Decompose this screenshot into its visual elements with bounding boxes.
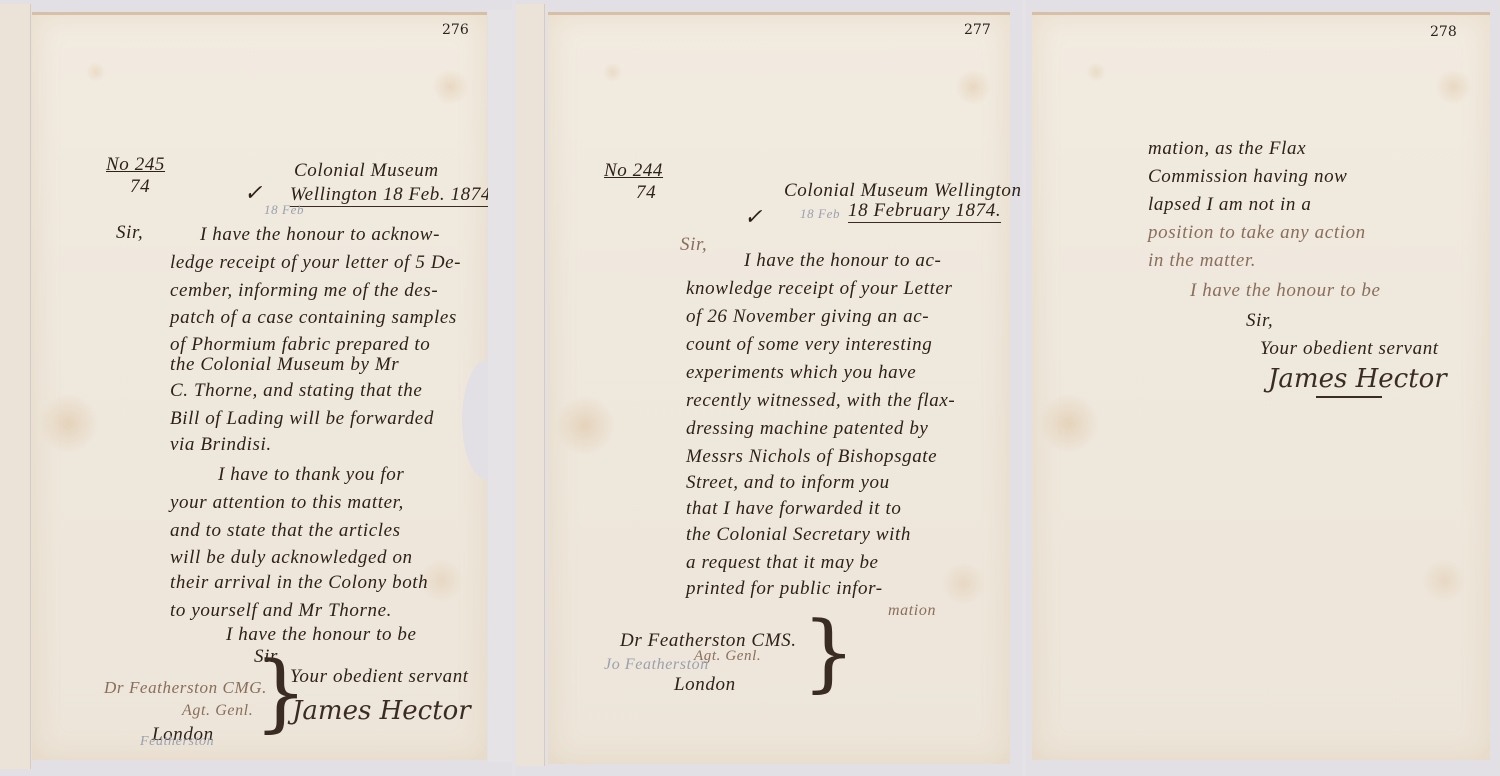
pencil-recipient-note: Jo Featherston — [604, 656, 709, 674]
closing-servant: Your obedient servant — [290, 666, 469, 688]
letter-year: 74 — [130, 176, 150, 198]
recipient-name: Dr Featherston CMG. — [104, 678, 267, 698]
pencil-date-note: 18 Feb — [264, 202, 304, 218]
body-line: to yourself and Mr Thorne. — [170, 600, 392, 622]
salutation: Sir, — [680, 234, 707, 256]
body-line: C. Thorne, and stating that the — [170, 380, 422, 402]
pencil-recipient-note: Featherston — [140, 734, 214, 750]
next-leaf-edge — [488, 10, 512, 762]
address-line-1: Colonial Museum — [294, 160, 439, 182]
body-line: that I have forwarded it to — [686, 498, 902, 520]
check-mark: ✓ — [244, 180, 263, 206]
letter-year: 74 — [636, 182, 656, 204]
page-number: 278 — [1430, 24, 1457, 40]
body-line: knowledge receipt of your Letter — [686, 278, 953, 300]
signature-underline — [1316, 396, 1382, 398]
body-line: a request that it may be — [686, 552, 879, 574]
body-line: Street, and to inform you — [686, 472, 890, 494]
address-line-1: Colonial Museum Wellington — [784, 180, 1022, 202]
recipient-brace: } — [802, 610, 855, 694]
body-line: the Colonial Secretary with — [686, 524, 911, 546]
body-line: count of some very interesting — [686, 334, 932, 356]
address-line-2: 18 February 1874. — [848, 200, 1001, 223]
previous-leaf-edge — [0, 4, 31, 769]
body-line: ledge receipt of your letter of 5 De- — [170, 252, 461, 274]
letter-number: No 244 — [604, 160, 663, 182]
body-line: mation — [888, 602, 936, 620]
body-line: cember, informing me of the des- — [170, 280, 438, 302]
body-line: your attention to this matter, — [170, 492, 404, 514]
page-number: 276 — [442, 22, 469, 38]
recipient-title: Agt. Genl. — [182, 702, 253, 720]
closing-sir: Sir, — [1246, 310, 1273, 332]
pencil-date-note: 18 Feb — [800, 206, 840, 222]
body-line: experiments which you have — [686, 362, 916, 384]
body-line: Bill of Lading will be forwarded — [170, 408, 434, 430]
letter-number: No 245 — [106, 154, 165, 176]
page-277: 277 No 244 74 Colonial Museum Wellington… — [548, 12, 1010, 764]
body-line: will be duly acknowledged on — [170, 547, 413, 569]
scan-panel-1: 276 No 245 74 ✓ Colonial Museum Wellingt… — [0, 0, 512, 776]
body-line: patch of a case containing samples — [170, 307, 457, 329]
recipient-city: London — [674, 674, 736, 696]
body-line: the Colonial Museum by Mr — [170, 354, 399, 376]
body-line: I have the honour to acknow- — [200, 224, 440, 246]
body-line: their arrival in the Colony both — [170, 572, 428, 594]
signature: James Hector — [1268, 364, 1447, 394]
signature: James Hector — [292, 696, 471, 726]
body-line: printed for public infor- — [686, 578, 883, 600]
recipient-brace: } — [254, 650, 307, 734]
closing-servant: Your obedient servant — [1260, 338, 1439, 360]
body-line: Messrs Nichols of Bishopsgate — [686, 446, 937, 468]
body-line: of 26 November giving an ac- — [686, 306, 929, 328]
body-line: recently witnessed, with the flax- — [686, 390, 955, 412]
page-278: 278 mation, as the Flax Commission havin… — [1032, 12, 1490, 760]
address-line-2: Wellington 18 Feb. 1874 — [290, 184, 491, 207]
body-line: lapsed I am not in a — [1148, 194, 1311, 216]
body-line: dressing machine patented by — [686, 418, 928, 440]
body-line: I have to thank you for — [218, 464, 404, 486]
body-line: and to state that the articles — [170, 520, 401, 542]
body-line: I have the honour to ac- — [744, 250, 942, 272]
body-line: of Phormium fabric prepared to — [170, 334, 430, 356]
scan-panel-3: 278 mation, as the Flax Commission havin… — [1026, 0, 1500, 776]
body-line: via Brindisi. — [170, 434, 272, 456]
body-line: mation, as the Flax — [1148, 138, 1306, 160]
body-line: in the matter. — [1148, 250, 1256, 272]
body-line: position to take any action — [1148, 222, 1366, 244]
salutation: Sir, — [116, 222, 143, 244]
page-276: 276 No 245 74 ✓ Colonial Museum Wellingt… — [32, 12, 487, 760]
previous-leaf-edge — [516, 4, 545, 766]
page-number: 277 — [964, 22, 991, 38]
scan-panel-2: 277 No 244 74 Colonial Museum Wellington… — [516, 0, 1022, 776]
check-mark: ✓ — [744, 204, 763, 230]
body-line: Commission having now — [1148, 166, 1347, 188]
closing-honour: I have the honour to be — [1190, 280, 1381, 302]
